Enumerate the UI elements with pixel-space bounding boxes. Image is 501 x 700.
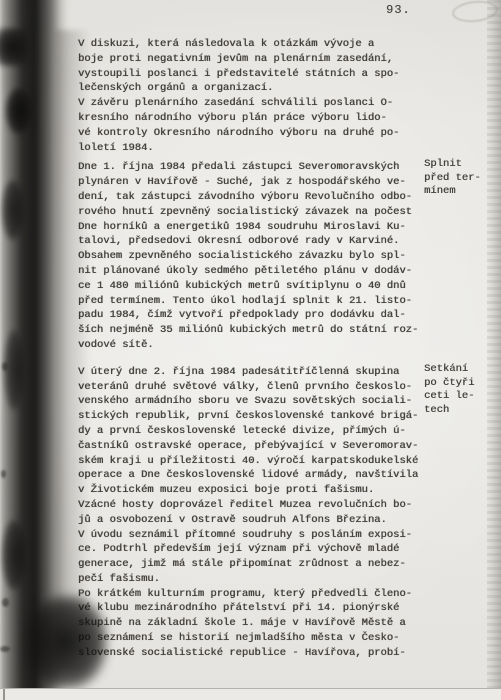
scan-speck [1,470,6,478]
paragraph-gasworks-pledge: Dne 1. října 1984 předali zástupci Sever… [78,160,430,352]
scan-blot [2,520,26,590]
scan-blot [6,88,32,134]
page-bottom-edge [0,688,501,700]
scan-speck [2,598,9,607]
scan-speck [2,362,8,371]
margin-note-meeting-after-forty-years: Setkání po čtyři ceti le- tech [424,363,496,417]
scanned-page: 93. V diskuzi, která následovala k otázk… [0,0,501,700]
scan-speck [0,646,10,652]
scan-blot [2,180,24,240]
scan-blot-bottom [26,596,106,688]
scan-blot [0,28,28,66]
margin-note-fulfil-before-deadline: Splnit před ter- mínem [424,158,496,199]
page-number: 93. [386,3,411,17]
paragraph-veterans-visit: V úterý dne 2. října 1984 padesátitříčle… [78,365,430,661]
scan-blot [4,330,24,410]
scan-corner-tick [3,689,5,700]
document-body: V diskuzi, která následovala k otázkám v… [78,37,430,661]
paragraph-plenary-conclusion: V závěru plenárního zasedání schválili p… [78,96,430,155]
paragraph-discussion: V diskuzi, která následovala k otázkám v… [78,37,430,96]
scan-edge-right [487,0,501,700]
